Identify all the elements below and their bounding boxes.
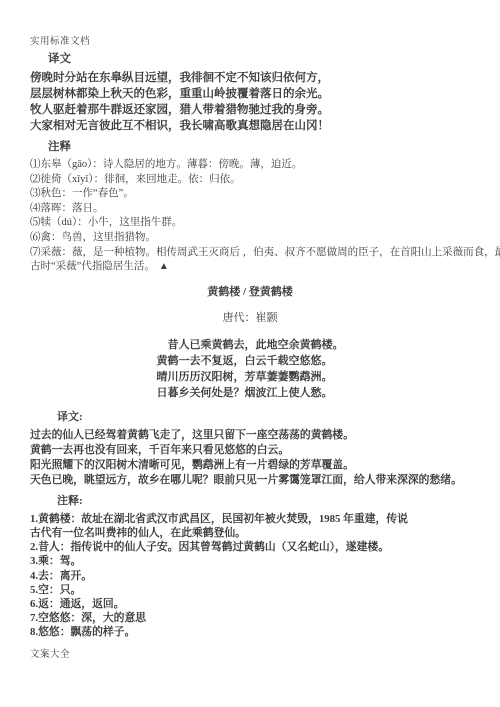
note-line: 古代有一位名叫费祎的仙人，在此乘鹤登仙。: [30, 526, 470, 540]
collapse-triangle-icon: ▲: [159, 261, 169, 272]
note-line: ⑹禽：鸟兽，这里指猎物。: [30, 231, 470, 246]
document-header-label: 实用标准文档: [30, 33, 90, 47]
note-line: 3.乘：驾。: [30, 554, 470, 568]
translation-paragraph-1: 傍晚时分站在东皋纵目远望，我徘徊不定不知该归依何方， 层层树林都染上秋天的色彩，…: [30, 70, 470, 134]
document-body: 译文 傍晚时分站在东皋纵目远望，我徘徊不定不知该归依何方， 层层树林都染上秋天的…: [30, 52, 470, 640]
translation-heading-2: 译文:: [30, 410, 470, 425]
poem-line: 黄鹤一去不复返，白云千载空悠悠。: [157, 353, 344, 369]
notes-heading-1: 注释: [30, 140, 470, 155]
translation-line: 阳光照耀下的汉阳树木清晰可见，鹦鹉洲上有一片碧绿的芳草覆盖。: [30, 458, 470, 473]
note-line: 2.昔人：指传说中的仙人子安。因其曾驾鹤过黄鹤山（又名蛇山），遂建楼。: [30, 540, 470, 554]
note-line: ⑺采薇：薇，是一种植物。相传周武王灭商后 ，伯夷、叔齐不愿做周的臣子，在首阳山上…: [30, 246, 470, 261]
translation-line: 傍晚时分站在东皋纵目远望，我徘徊不定不知该归依何方，: [30, 70, 470, 86]
translation-line: 大家相对无言彼此互不相识，我长啸高歌真想隐居在山冈！: [30, 118, 470, 134]
poem-author: 唐代：崔颢: [30, 311, 470, 326]
note-line: 古时“采薇”代指隐居生活。▲: [30, 260, 470, 275]
document-page: 实用标准文档 译文 傍晚时分站在东皋纵目远望，我徘徊不定不知该归依何方， 层层树…: [0, 0, 500, 707]
notes-list-1: ⑴东皋（gāo）：诗人隐居的地方。薄暮：傍晚。薄，迫近。 ⑵徙倚（xǐyǐ）：徘…: [30, 158, 470, 275]
poem-line: 日暮乡关何处是？烟波江上使人愁。: [157, 385, 344, 401]
note-line: ⑶秋色：一作“春色”。: [30, 187, 470, 202]
note-line: 6.返：通返，返回。: [30, 597, 470, 611]
note-line: 1.黄鹤楼：故址在湖北省武汉市武昌区，民国初年被火焚毁，1985 年重建，传说: [30, 512, 470, 526]
poem-line: 晴川历历汉阳树，芳草萋萋鹦鹉洲。: [157, 369, 344, 385]
notes-heading-2: 注释:: [30, 494, 470, 509]
note-line: 8.悠悠：飘荡的样子。: [30, 625, 470, 639]
note-line: 4.去：离开。: [30, 569, 470, 583]
notes-list-2: 1.黄鹤楼：故址在湖北省武汉市武昌区，民国初年被火焚毁，1985 年重建，传说 …: [30, 512, 470, 640]
note-text: 古时“采薇”代指隐居生活。: [30, 261, 155, 272]
note-line: ⑵徙倚（xǐyǐ）：徘徊，来回地走。依：归依。: [30, 173, 470, 188]
translation-line: 黄鹤一去再也没有回来，千百年来只看见悠悠的白云。: [30, 443, 470, 458]
translation-line: 过去的仙人已经驾着黄鹤飞走了，这里只留下一座空荡荡的黄鹤楼。: [30, 428, 470, 443]
translation-line: 牧人驱赶着那牛群返还家园，猎人带着猎物驰过我的身旁。: [30, 102, 470, 118]
note-line: ⑴东皋（gāo）：诗人隐居的地方。薄暮：傍晚。薄，迫近。: [30, 158, 470, 173]
poem-line: 昔人已乘黄鹤去，此地空余黄鹤楼。: [157, 337, 344, 353]
translation-heading-1: 译文: [30, 52, 470, 67]
note-line: ⑸犊（dú）：小牛，这里指牛群。: [30, 216, 470, 231]
document-footer-label: 文案大全: [30, 646, 70, 660]
poem-body: 昔人已乘黄鹤去，此地空余黄鹤楼。 黄鹤一去不复返，白云千载空悠悠。 晴川历历汉阳…: [157, 337, 344, 401]
translation-paragraph-2: 过去的仙人已经驾着黄鹤飞走了，这里只留下一座空荡荡的黄鹤楼。 黄鹤一去再也没有回…: [30, 428, 470, 488]
translation-line: 天色已晚，眺望远方，故乡在哪儿呢？眼前只见一片雾霭笼罩江面，给人带来深深的愁绪。: [30, 473, 470, 488]
note-line: 5.空：只。: [30, 583, 470, 597]
poem-title: 黄鹤楼 / 登黄鹤楼: [30, 285, 470, 300]
note-line: 7.空悠悠：深，大的意思: [30, 611, 470, 625]
note-line: ⑷落晖：落日。: [30, 202, 470, 217]
translation-line: 层层树林都染上秋天的色彩，重重山岭披覆着落日的余光。: [30, 86, 470, 102]
